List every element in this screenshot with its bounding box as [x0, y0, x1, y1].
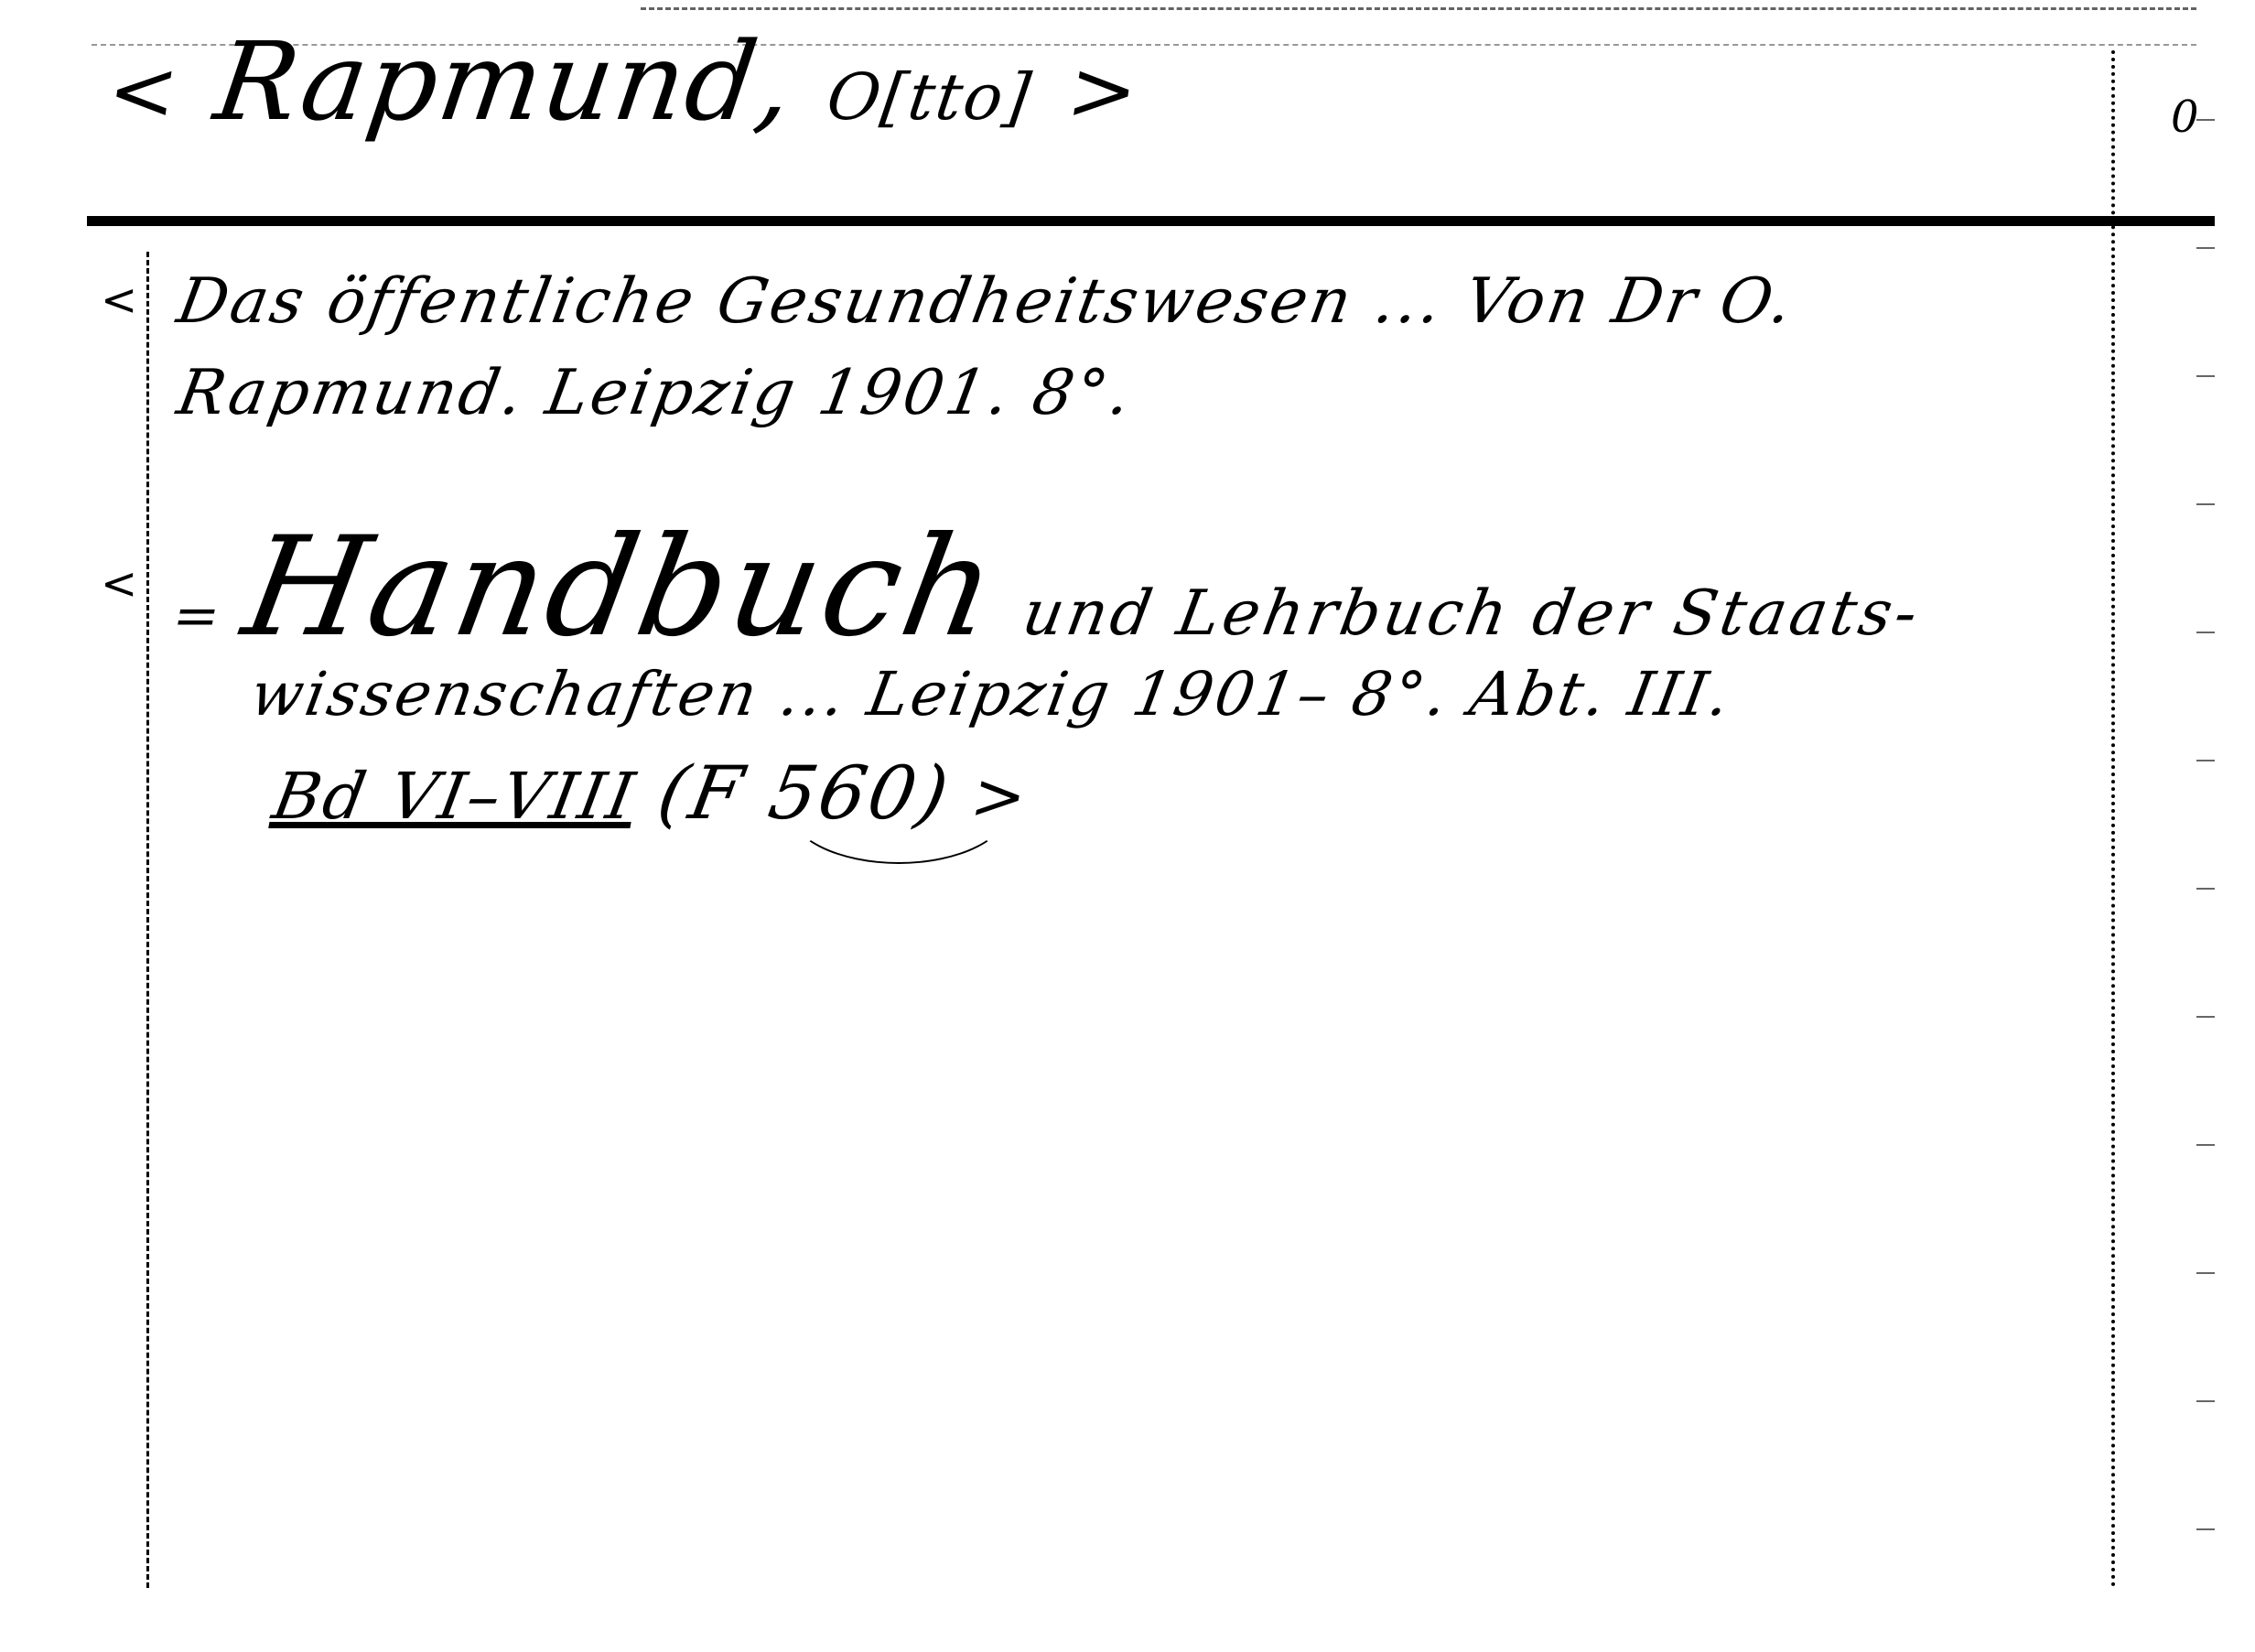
- right-dotted-border: [2111, 50, 2115, 1588]
- card-heading: < Rapmund, O[tto] >: [101, 18, 1149, 145]
- entry-open-mark: <: [101, 558, 137, 610]
- author-surname: Rapmund,: [208, 18, 803, 145]
- entry-1-line-2: Rapmund. Leipzig 1901. 8°.: [172, 357, 1138, 429]
- series-title-rest: und Lehrbuch der Staats-: [1018, 578, 1926, 650]
- pen-stroke: [787, 750, 1010, 864]
- entry-2-line-1: = Handbuch und Lehrbuch der Staats-: [165, 508, 1939, 667]
- open-mark: <: [102, 43, 186, 139]
- series-title-main: Handbuch: [233, 508, 1010, 667]
- close-mark: >: [1062, 43, 1146, 139]
- corner-mark: 0: [2171, 92, 2199, 143]
- series-prefix: =: [167, 584, 225, 648]
- entry-open-mark: <: [101, 275, 137, 326]
- author-given-name: O[tto]: [823, 59, 1037, 135]
- catalog-card: < Rapmund, O[tto] > 0 < Das öffentliche …: [0, 0, 2255, 1652]
- heading-rule: [87, 216, 2215, 226]
- volume-range: Bd VI–VIII: [267, 759, 642, 834]
- left-dotted-border: [146, 252, 149, 1588]
- edge-ticks: [2196, 55, 2215, 1611]
- entry-1-line-1: Das öffentliche Gesundheitswesen ... Von…: [172, 265, 1800, 338]
- scan-noise: [641, 7, 2196, 14]
- entry-2-line-2: wissenschaften ... Leipzig 1901– 8°. Abt…: [245, 659, 1737, 729]
